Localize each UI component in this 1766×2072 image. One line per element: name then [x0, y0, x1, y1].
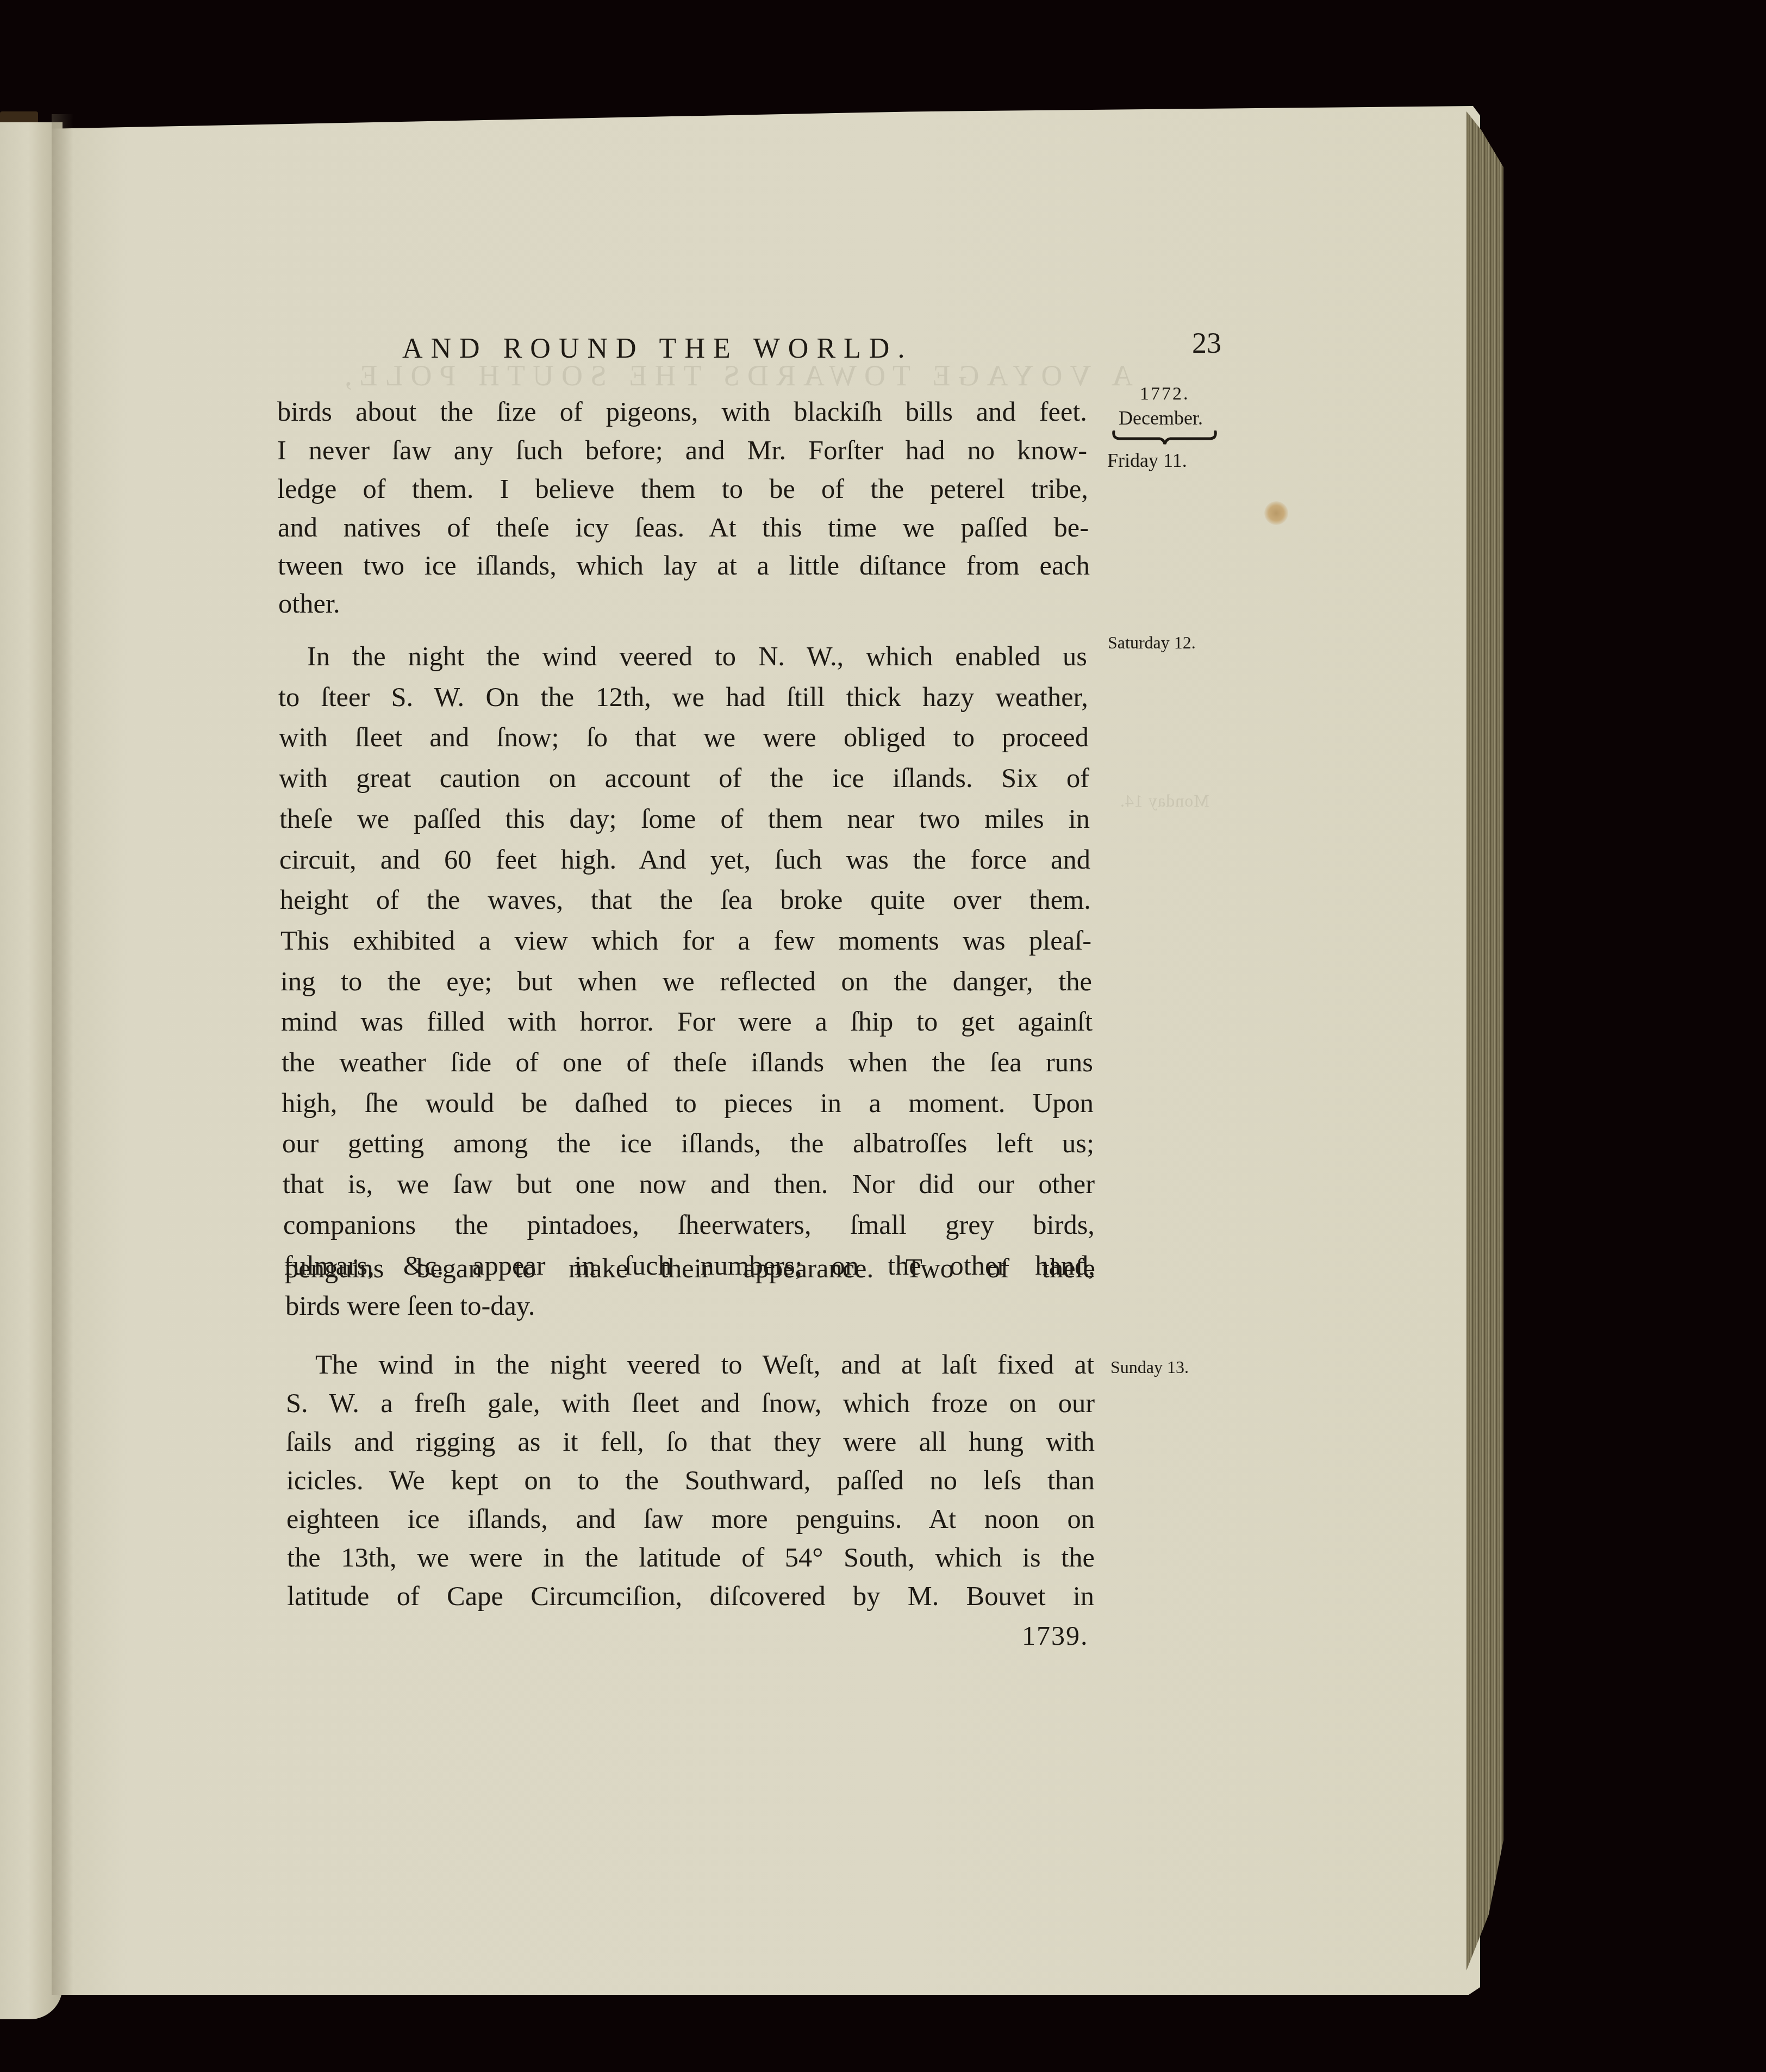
text-line: with ſleet and ſnow; ſo that we were obl…	[279, 721, 1089, 753]
text-line: to ſteer S. W. On the 12th, we had ſtill…	[278, 681, 1088, 713]
text-line: ledge of them. I believe them to be of t…	[277, 472, 1088, 505]
page-fore-edge	[1467, 111, 1503, 1970]
text-line: eighteen ice iſlands, and ſaw more pengu…	[286, 1502, 1095, 1535]
margin-saturday: Saturday 12.	[1108, 633, 1196, 653]
text-line: S. W. a freſh gale, with ſleet and ſnow,…	[286, 1387, 1095, 1419]
text-line: other.	[278, 587, 1090, 620]
text-line: the weather ſide of one of theſe iſlands…	[282, 1046, 1093, 1078]
text-line: icicles. We kept on to the Southward, pa…	[286, 1464, 1095, 1496]
text-line: birds about the ſize of pigeons, with bl…	[277, 395, 1087, 428]
text-line: circuit, and 60 feet high. And yet, ſuch…	[279, 843, 1090, 876]
text-line: I never ſaw any ſuch before; and Mr. For…	[277, 434, 1087, 466]
text-line: the 13th, we were in the latitude of 54°…	[287, 1541, 1095, 1574]
text-line: that is, we ſaw but one now and then. No…	[283, 1168, 1095, 1200]
margin-month: December.	[1119, 407, 1203, 429]
show-through-margin-note: Monday 14.	[1120, 791, 1209, 811]
margin-year: 1772.	[1140, 384, 1190, 404]
text-line: In the night the wind veered to N. W., w…	[307, 640, 1087, 672]
margin-friday: Friday 11.	[1107, 449, 1187, 472]
page-number: 23	[1192, 326, 1221, 360]
text-line: This exhibited a view which for a few mo…	[280, 924, 1091, 957]
text-line: theſe we paſſed this day; ſome of them n…	[279, 802, 1090, 835]
foxing-stain	[1264, 501, 1288, 525]
catchword: 1739.	[1022, 1620, 1089, 1651]
text-line: birds were ſeen to-day.	[285, 1289, 1095, 1322]
running-head: AND ROUND THE WORLD.	[402, 333, 913, 365]
text-line: mind was filled with horror. For were a …	[281, 1005, 1093, 1038]
text-line: ing to the eye; but when we reflected on…	[280, 965, 1092, 997]
text-line: and natives of theſe icy ſeas. At this t…	[278, 511, 1089, 544]
text-line: our getting among the ice iſlands, the a…	[282, 1127, 1094, 1159]
text-line: companions the pintadoes, ſheerwaters, ſ…	[283, 1208, 1095, 1241]
text-line: penguins began to make their appearance.…	[285, 1252, 1095, 1284]
gutter-shadow	[52, 114, 73, 1995]
text-line: with great caution on account of the ice…	[279, 762, 1089, 794]
text-line: tween two ice iſlands, which lay at a li…	[278, 549, 1090, 582]
margin-sunday: Sunday 13.	[1110, 1357, 1189, 1377]
brace-icon	[1112, 430, 1218, 446]
text-line: high, ſhe would be daſhed to pieces in a…	[282, 1087, 1094, 1119]
text-line: ſails and rigging as it fell, ſo that th…	[286, 1425, 1095, 1458]
text-line: latitude of Cape Circumciſion, diſcovere…	[287, 1580, 1094, 1612]
text-line: The wind in the night veered to Weſt, an…	[315, 1348, 1094, 1381]
text-line: height of the waves, that the ſea broke …	[280, 883, 1091, 916]
